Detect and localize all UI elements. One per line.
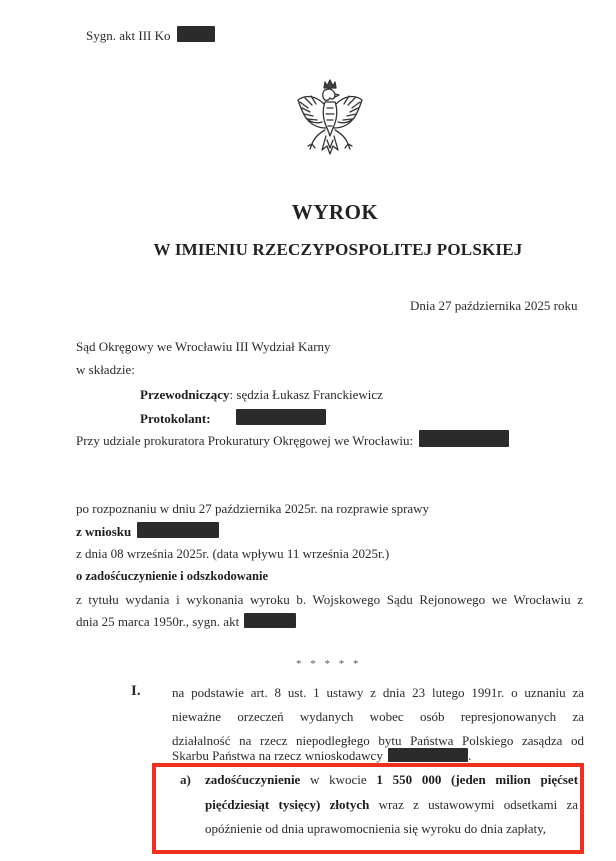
item-a-line-1: zadośćuczynienie w kwocie 1 550 000 (jed… xyxy=(205,772,578,788)
case-signature: Sygn. akt III Ko xyxy=(86,26,215,44)
item-a-amount-words: pięćdziesiąt tysięcy) złotych xyxy=(205,797,369,812)
redacted-applicant-name xyxy=(137,522,219,538)
polish-eagle-emblem-icon xyxy=(294,78,366,170)
court-clerk: Protokolant: xyxy=(140,409,326,427)
ruling-line: działalność na rzecz niepodległego bytu … xyxy=(172,733,584,749)
item-a-compensation-label: zadośćuczynienie xyxy=(205,772,300,787)
legal-basis-text: dnia 25 marca 1950r., sygn. akt xyxy=(76,614,239,629)
presiding-judge: Przewodniczący: sędzia Łukasz Franckiewi… xyxy=(140,387,383,403)
hearing-line: po rozpoznaniu w dniu 27 października 20… xyxy=(76,501,429,517)
legal-basis-line-2: dnia 25 marca 1950r., sygn. akt xyxy=(76,613,296,630)
redacted-prosecutor-name xyxy=(419,430,509,447)
item-a-text-2: wraz z ustawowymi odsetkami za xyxy=(379,797,578,812)
composition-label: w składzie: xyxy=(76,362,135,378)
redacted-case-number xyxy=(177,26,215,42)
presiding-judge-label: Przewodniczący xyxy=(140,387,230,402)
judgment-title: WYROK xyxy=(0,200,616,225)
item-a-text: w kwocie xyxy=(310,772,367,787)
item-a-amount: 1 550 000 (jeden milion pięćset xyxy=(376,772,578,787)
ruling-numeral: I. xyxy=(131,683,141,700)
redacted-applicant-name-2 xyxy=(388,748,468,762)
case-signature-label: Sygn. akt III Ko xyxy=(86,28,171,43)
prosecutor-text: Przy udziale prokuratora Prokuratury Okr… xyxy=(76,433,413,448)
case-subject: o zadośćuczynienie i odszkodowanie xyxy=(76,569,268,584)
redacted-clerk-name xyxy=(236,409,326,425)
item-a-line-2: pięćdziesiąt tysięcy) złotych wraz z ust… xyxy=(205,797,578,813)
filing-date-line: z dnia 08 września 2025r. (data wpływu 1… xyxy=(76,546,389,562)
court-clerk-label: Protokolant: xyxy=(140,411,211,426)
ruling-last-punct: . xyxy=(468,748,471,763)
motion-label: z wniosku xyxy=(76,524,131,539)
section-separator: * * * * * xyxy=(296,658,362,670)
ruling-line: na podstawie art. 8 ust. 1 ustawy z dnia… xyxy=(172,685,584,701)
ruling-last-line: Skarbu Państwa na rzecz wnioskodawcy . xyxy=(172,748,471,764)
item-a-label: a) xyxy=(180,772,191,788)
ruling-line: nieważne orzeczeń wydanych wobec osób re… xyxy=(172,709,584,725)
presiding-judge-name: : sędzia Łukasz Franckiewicz xyxy=(230,387,383,402)
judgment-subtitle: W IMIENIU RZECZYPOSPOLITEJ POLSKIEJ xyxy=(0,240,616,260)
judgment-date: Dnia 27 października 2025 roku xyxy=(410,298,578,314)
prosecutor-line: Przy udziale prokuratora Prokuratury Okr… xyxy=(76,430,509,449)
item-a-line-3: opóźnienie od dnia uprawomocnienia się w… xyxy=(205,821,546,837)
legal-basis-line-1: z tytułu wydania i wykonania wyroku b. W… xyxy=(76,592,583,608)
ruling-last-text: Skarbu Państwa na rzecz wnioskodawcy xyxy=(172,748,383,763)
motion-line: z wniosku xyxy=(76,522,219,540)
court-name: Sąd Okręgowy we Wrocławiu III Wydział Ka… xyxy=(76,339,331,355)
redacted-case-reference xyxy=(244,613,296,628)
